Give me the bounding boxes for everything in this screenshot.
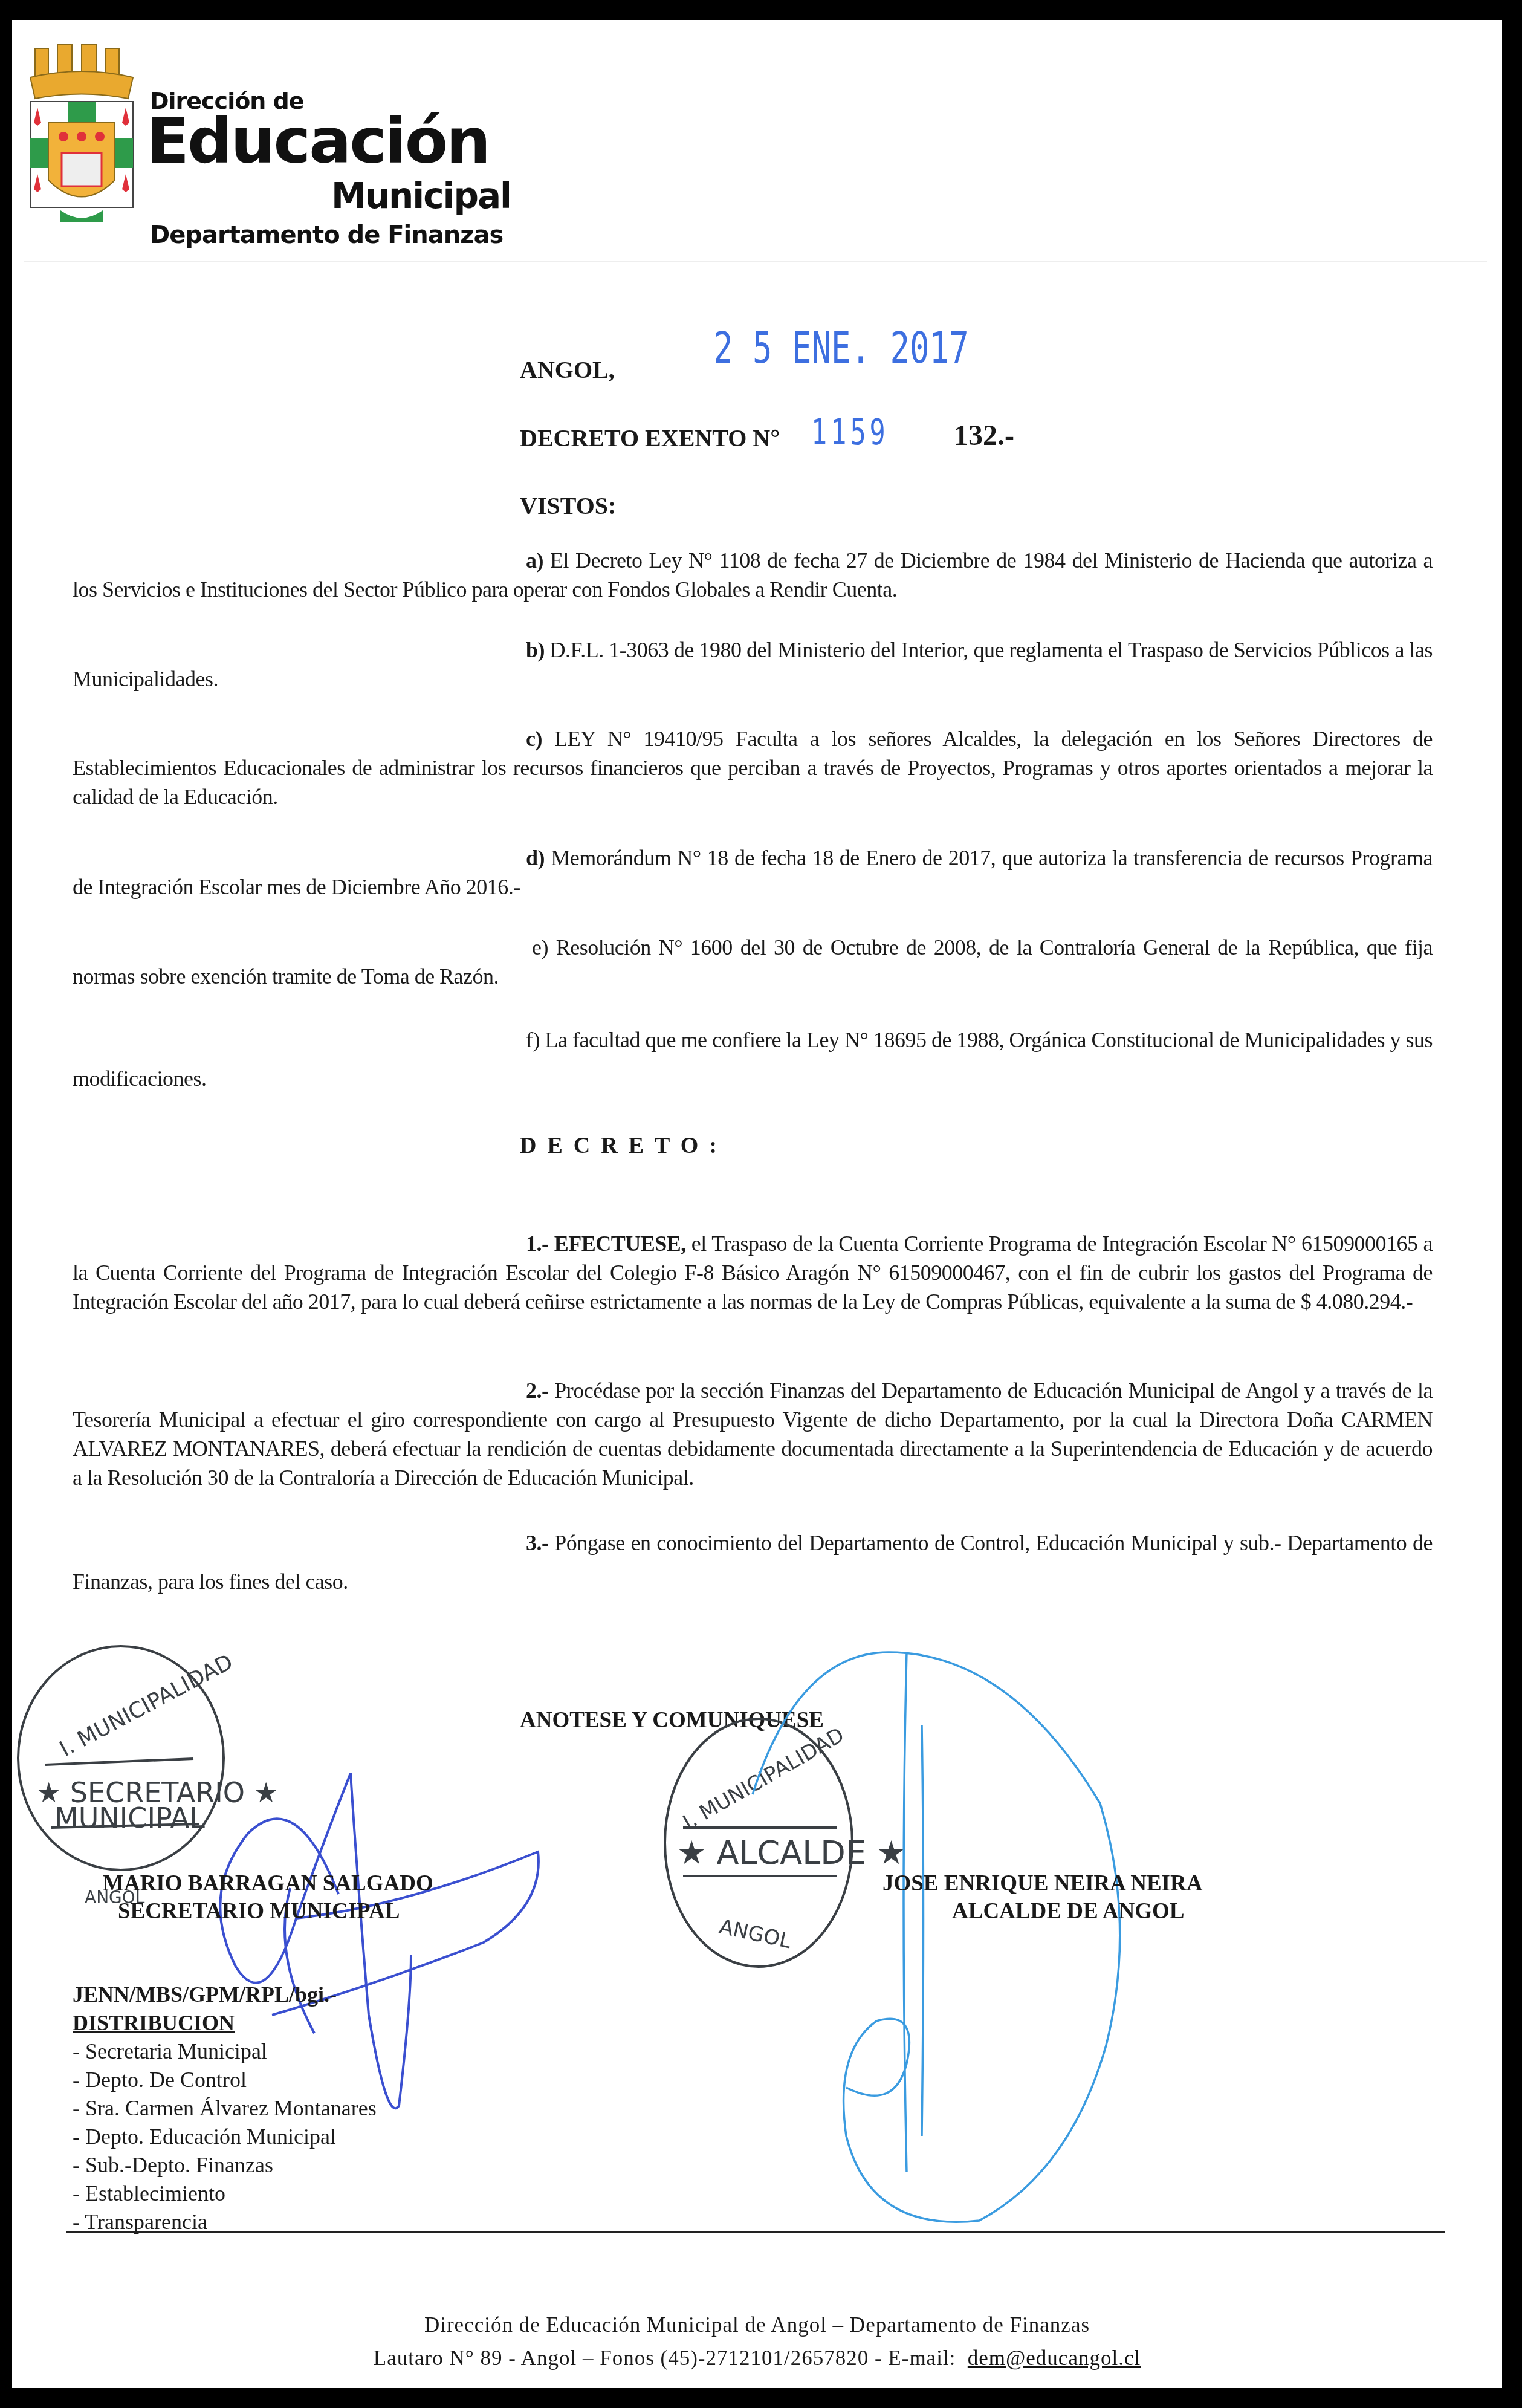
secretary-name: MARIO BARRAGAN SALGADO: [103, 1870, 433, 1898]
initials: JENN/MBS/GPM/RPL/bgi.-: [73, 1981, 377, 2009]
mayor-title: ALCALDE DE ANGOL: [952, 1898, 1184, 1926]
svg-text:I. MUNICIPALIDAD: I. MUNICIPALIDAD: [56, 1649, 237, 1762]
document-page: Dirección de Educación Municipal Departa…: [12, 20, 1502, 2388]
footer-divider: [66, 2231, 1445, 2233]
footer-contact: Lautaro N° 89 - Angol – Fonos (45)-27121…: [374, 2346, 956, 2370]
svg-text:★ ALCALDE ★: ★ ALCALDE ★: [677, 1834, 906, 1872]
mayor-name: JOSE ENRIQUE NEIRA NEIRA: [882, 1870, 1202, 1898]
footer-line2: Lautaro N° 89 - Angol – Fonos (45)-27121…: [12, 2346, 1502, 2371]
list-item: - Establecimiento: [73, 2179, 377, 2208]
svg-text:ANGOL: ANGOL: [717, 1915, 793, 1953]
svg-text:MUNICIPAL: MUNICIPAL: [54, 1802, 205, 1834]
svg-text:I. MUNICIPALIDAD: I. MUNICIPALIDAD: [679, 1723, 848, 1835]
secretary-title: SECRETARIO MUNICIPAL: [118, 1898, 400, 1926]
list-item: - Sub.-Depto. Finanzas: [73, 2151, 377, 2179]
list-item: - Depto. Educación Municipal: [73, 2123, 377, 2151]
distribution-block: JENN/MBS/GPM/RPL/bgi.- DISTRIBUCION - Se…: [73, 1981, 377, 2236]
email-link[interactable]: dem@educangol.cl: [968, 2346, 1141, 2370]
distribution-heading: DISTRIBUCION: [73, 2009, 377, 2037]
footer-line1: Dirección de Educación Municipal de Ango…: [12, 2313, 1502, 2337]
list-item: - Sra. Carmen Álvarez Montanares: [73, 2094, 377, 2123]
list-item: - Secretaria Municipal: [73, 2037, 377, 2066]
list-item: - Depto. De Control: [73, 2066, 377, 2094]
